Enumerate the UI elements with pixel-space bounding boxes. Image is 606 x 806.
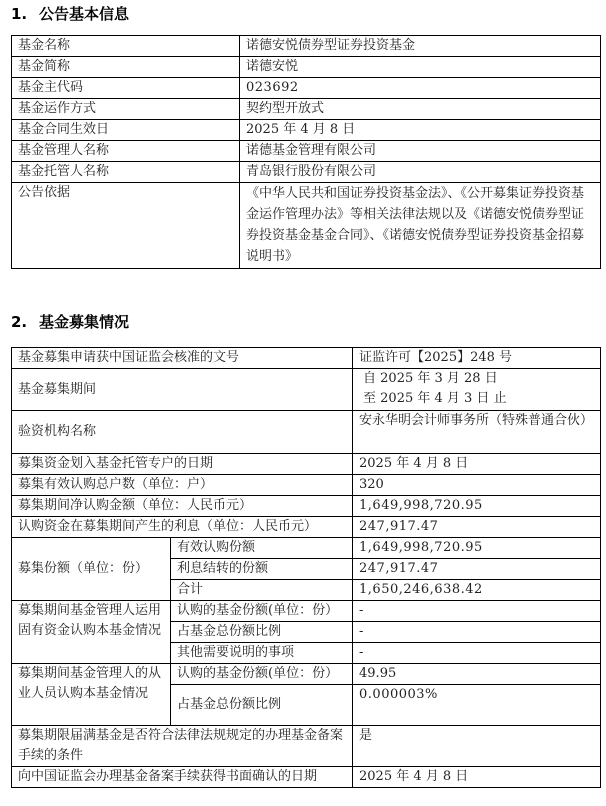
row-label: 基金简称 <box>12 57 240 78</box>
table-row: 募集期间净认购金额（单位：人民币元） 1,649,998,720.95 <box>12 496 601 517</box>
table-row: 公告依据 《中华人民共和国证券投资基金法》、《公开募集证券投资基金运作管理办法》… <box>12 183 601 269</box>
row-value: 是 <box>353 726 601 767</box>
table-row: 募集资金划入基金托管专户的日期 2025 年 4 月 8 日 <box>12 454 601 475</box>
table-row: 募集期间基金管理人运用固有资金认购本基金情况 认购的基金份额(单位：份） - <box>12 601 601 622</box>
section-2-number: 2. <box>11 312 39 332</box>
section-2-title: 基金募集情况 <box>39 313 129 331</box>
sub-label: 利息结转的份额 <box>171 559 353 580</box>
row-label: 公告依据 <box>12 183 240 269</box>
row-label: 募集期限届满基金是否符合法律法规规定的办理基金备案手续的条件 <box>12 726 353 767</box>
row-value: - <box>353 622 601 643</box>
row-value: 0.000003% <box>353 685 601 726</box>
sub-label: 占基金总份额比例 <box>171 622 353 643</box>
period-from: 自 2025 年 3 月 28 日 <box>359 369 594 389</box>
row-value: 2025 年 4 月 8 日 <box>353 454 601 475</box>
table-row: 基金募集申请获中国证监会核准的文号 证监许可【2025】248 号 <box>12 348 601 369</box>
table-row: 基金名称 诺德安悦债券型证券投资基金 <box>12 36 601 57</box>
row-value: 安永华明会计师事务所（特殊普通合伙） <box>353 411 601 454</box>
row-value: 1,650,246,638.42 <box>353 580 601 601</box>
row-value: - <box>353 643 601 664</box>
sub-label: 认购的基金份额(单位：份） <box>171 664 353 685</box>
row-label: 基金名称 <box>12 36 240 57</box>
row-label: 募集有效认购总户数（单位：户） <box>12 475 353 496</box>
group-label: 募集份额（单位：份） <box>12 538 171 601</box>
row-value: 2025 年 4 月 8 日 <box>353 767 601 788</box>
row-label: 基金募集申请获中国证监会核准的文号 <box>12 348 353 369</box>
period-to: 至 2025 年 4 月 3 日 止 <box>359 389 594 409</box>
section-1-heading: 1.公告基本信息 <box>11 4 129 24</box>
row-value: 《中华人民共和国证券投资基金法》、《公开募集证券投资基金运作管理办法》等相关法律… <box>240 183 601 269</box>
row-label: 基金运作方式 <box>12 99 240 120</box>
group-label: 募集期间基金管理人运用固有资金认购本基金情况 <box>12 601 171 664</box>
section-1-number: 1. <box>11 4 39 24</box>
row-value: 诺德安悦债券型证券投资基金 <box>240 36 601 57</box>
section-2-heading: 2.基金募集情况 <box>11 312 129 332</box>
row-label: 募集期间净认购金额（单位：人民币元） <box>12 496 353 517</box>
row-label: 基金托管人名称 <box>12 162 240 183</box>
row-label: 基金募集期间 <box>12 369 353 411</box>
sub-label: 有效认购份额 <box>171 538 353 559</box>
table-row: 验资机构名称 安永华明会计师事务所（特殊普通合伙） <box>12 411 601 454</box>
row-label: 基金合同生效日 <box>12 120 240 141</box>
row-label: 验资机构名称 <box>12 411 353 454</box>
row-value: 1,649,998,720.95 <box>353 538 601 559</box>
table-row: 基金简称 诺德安悦 <box>12 57 601 78</box>
table-row: 向中国证监会办理基金备案手续获得书面确认的日期 2025 年 4 月 8 日 <box>12 767 601 788</box>
row-value: 023692 <box>240 78 601 99</box>
table-row: 募集期间基金管理人的从业人员认购本基金情况 认购的基金份额(单位：份） 49.9… <box>12 664 601 685</box>
basic-info-table: 基金名称 诺德安悦债券型证券投资基金 基金简称 诺德安悦 基金主代码 02369… <box>11 35 601 269</box>
row-value: 证监许可【2025】248 号 <box>353 348 601 369</box>
table-row: 基金募集期间 自 2025 年 3 月 28 日 至 2025 年 4 月 3 … <box>12 369 601 411</box>
row-value: - <box>353 601 601 622</box>
row-value: 2025 年 4 月 8 日 <box>240 120 601 141</box>
table-row: 募集份额（单位：份） 有效认购份额 1,649,998,720.95 <box>12 538 601 559</box>
table-row: 募集有效认购总户数（单位：户） 320 <box>12 475 601 496</box>
table-row: 基金合同生效日 2025 年 4 月 8 日 <box>12 120 601 141</box>
row-label: 募集资金划入基金托管专户的日期 <box>12 454 353 475</box>
row-value: 自 2025 年 3 月 28 日 至 2025 年 4 月 3 日 止 <box>353 369 601 411</box>
row-value: 49.95 <box>353 664 601 685</box>
sub-label: 合计 <box>171 580 353 601</box>
table-row: 基金运作方式 契约型开放式 <box>12 99 601 120</box>
sub-label: 认购的基金份额(单位：份） <box>171 601 353 622</box>
section-1-title: 公告基本信息 <box>39 5 129 23</box>
row-value: 青岛银行股份有限公司 <box>240 162 601 183</box>
row-label: 认购资金在募集期间产生的利息（单位：人民币元） <box>12 517 353 538</box>
table-row: 基金托管人名称 青岛银行股份有限公司 <box>12 162 601 183</box>
row-value: 247,917.47 <box>353 517 601 538</box>
table-row: 募集期限届满基金是否符合法律法规规定的办理基金备案手续的条件 是 <box>12 726 601 767</box>
sub-label: 其他需要说明的事项 <box>171 643 353 664</box>
row-label: 向中国证监会办理基金备案手续获得书面确认的日期 <box>12 767 353 788</box>
table-row: 基金管理人名称 诺德基金管理有限公司 <box>12 141 601 162</box>
fundraising-table: 基金募集申请获中国证监会核准的文号 证监许可【2025】248 号 基金募集期间… <box>11 347 601 788</box>
row-value: 契约型开放式 <box>240 99 601 120</box>
row-value: 320 <box>353 475 601 496</box>
row-label: 基金主代码 <box>12 78 240 99</box>
row-value: 247,917.47 <box>353 559 601 580</box>
table-row: 基金主代码 023692 <box>12 78 601 99</box>
row-value: 诺德基金管理有限公司 <box>240 141 601 162</box>
row-value: 诺德安悦 <box>240 57 601 78</box>
sub-label: 占基金总份额比例 <box>171 685 353 726</box>
row-value: 1,649,998,720.95 <box>353 496 601 517</box>
row-label: 基金管理人名称 <box>12 141 240 162</box>
group-label: 募集期间基金管理人的从业人员认购本基金情况 <box>12 664 171 726</box>
table-row: 认购资金在募集期间产生的利息（单位：人民币元） 247,917.47 <box>12 517 601 538</box>
